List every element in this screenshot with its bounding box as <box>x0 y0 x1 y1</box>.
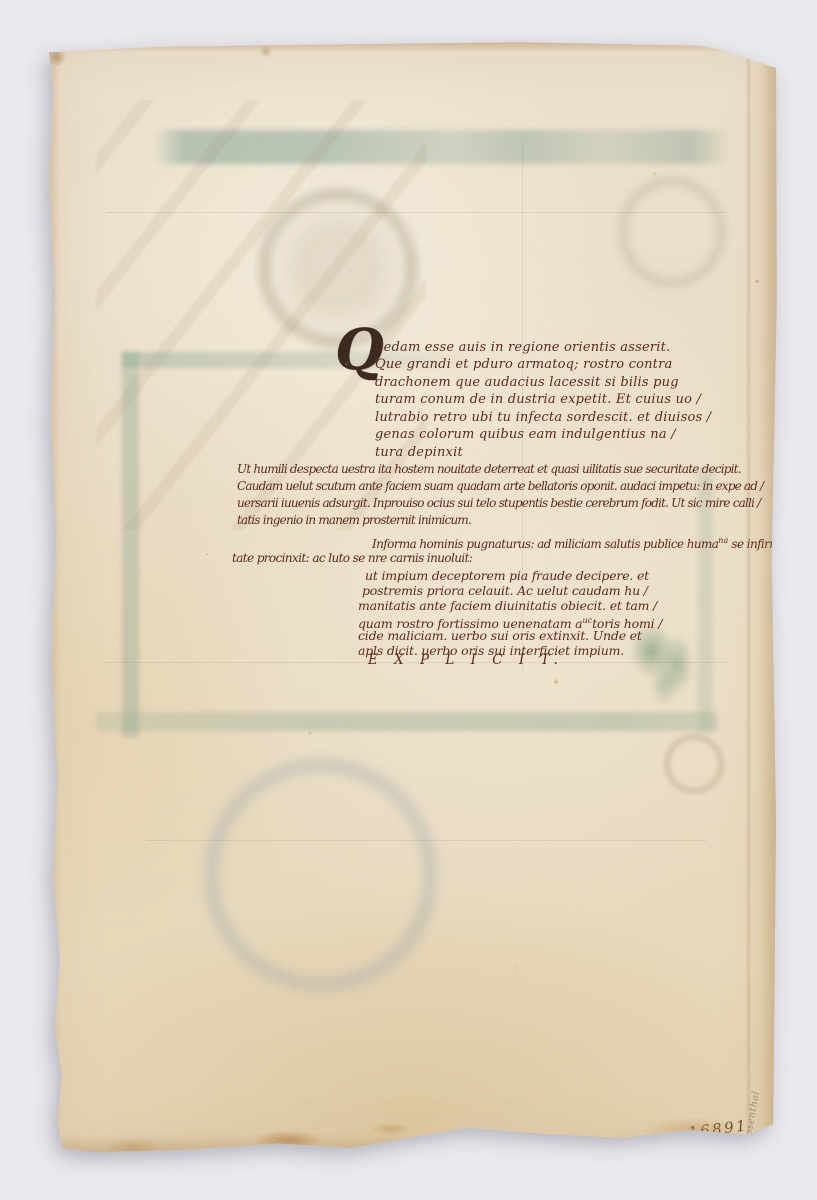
explicit-line: E X P L I C I T. <box>368 652 564 668</box>
right-margin-strip <box>750 48 778 1153</box>
text-line: manitatis ante faciem diuinitatis obieci… <box>358 598 657 613</box>
text-line: tura depinxit <box>375 445 463 460</box>
text-line: Informa hominis pugnaturus: ad miliciam … <box>372 533 790 552</box>
text-line: ut impium deceptorem pia fraude decipere… <box>365 568 649 583</box>
text-line: postremis priora celauit. Ac uelut cauda… <box>362 583 648 598</box>
superscript-correction: uc <box>582 616 592 625</box>
bleed-ring-bottom-left <box>204 758 438 992</box>
text-line: Ut humili despecta uestra ita hostem nou… <box>237 462 741 477</box>
bleed-frame-bottom <box>96 712 718 731</box>
bleed-top-band <box>154 130 732 164</box>
photo-background: Q uedam esse auis in regione orientis as… <box>0 0 817 1200</box>
manuscript-leaf: Q uedam esse auis in regione orientis as… <box>46 40 779 1158</box>
crease-line <box>747 55 750 1140</box>
bleed-roundel-right <box>618 176 726 288</box>
text-line: uersarii iuuenis adsurgit. Inprouiso oci… <box>237 496 760 511</box>
bleed-frame-left <box>122 352 139 737</box>
bleed-ring-small <box>664 734 724 794</box>
text-line: tate procinxit: ac luto se nre carnis in… <box>232 551 472 566</box>
text-line: lutrabio retro ubi tu infecta sordescit.… <box>375 410 711 425</box>
text-line: uedam esse auis in regione orientis asse… <box>375 340 670 355</box>
text-line: drachonem que audacius lacessit si bilis… <box>375 375 679 390</box>
text-segment: Informa hominis pugnaturus: ad miliciam … <box>372 537 718 551</box>
ruling-line <box>146 840 706 841</box>
text-line: Caudam uelut scutum ante faciem suam qua… <box>237 479 763 494</box>
text-line: genas colorum quibus eam indulgentius na… <box>375 427 676 442</box>
ruling-line <box>106 212 726 213</box>
text-line: Que grandi et pduro armatoq; rostro cont… <box>375 357 672 372</box>
text-segment: se infirmi / <box>728 537 790 551</box>
superscript-correction: na <box>718 536 728 545</box>
text-line: turam conum de in dustria expetit. Et cu… <box>375 392 701 407</box>
text-line: cide maliciam. uerbo sui oris extinxit. … <box>358 628 642 643</box>
leaf-shadow-wrap: Q uedam esse auis in regione orientis as… <box>46 40 779 1158</box>
accession-number-annotation: 16891 <box>687 1116 749 1141</box>
text-line: tatis ingenio in manem prosternit inimic… <box>237 513 471 528</box>
